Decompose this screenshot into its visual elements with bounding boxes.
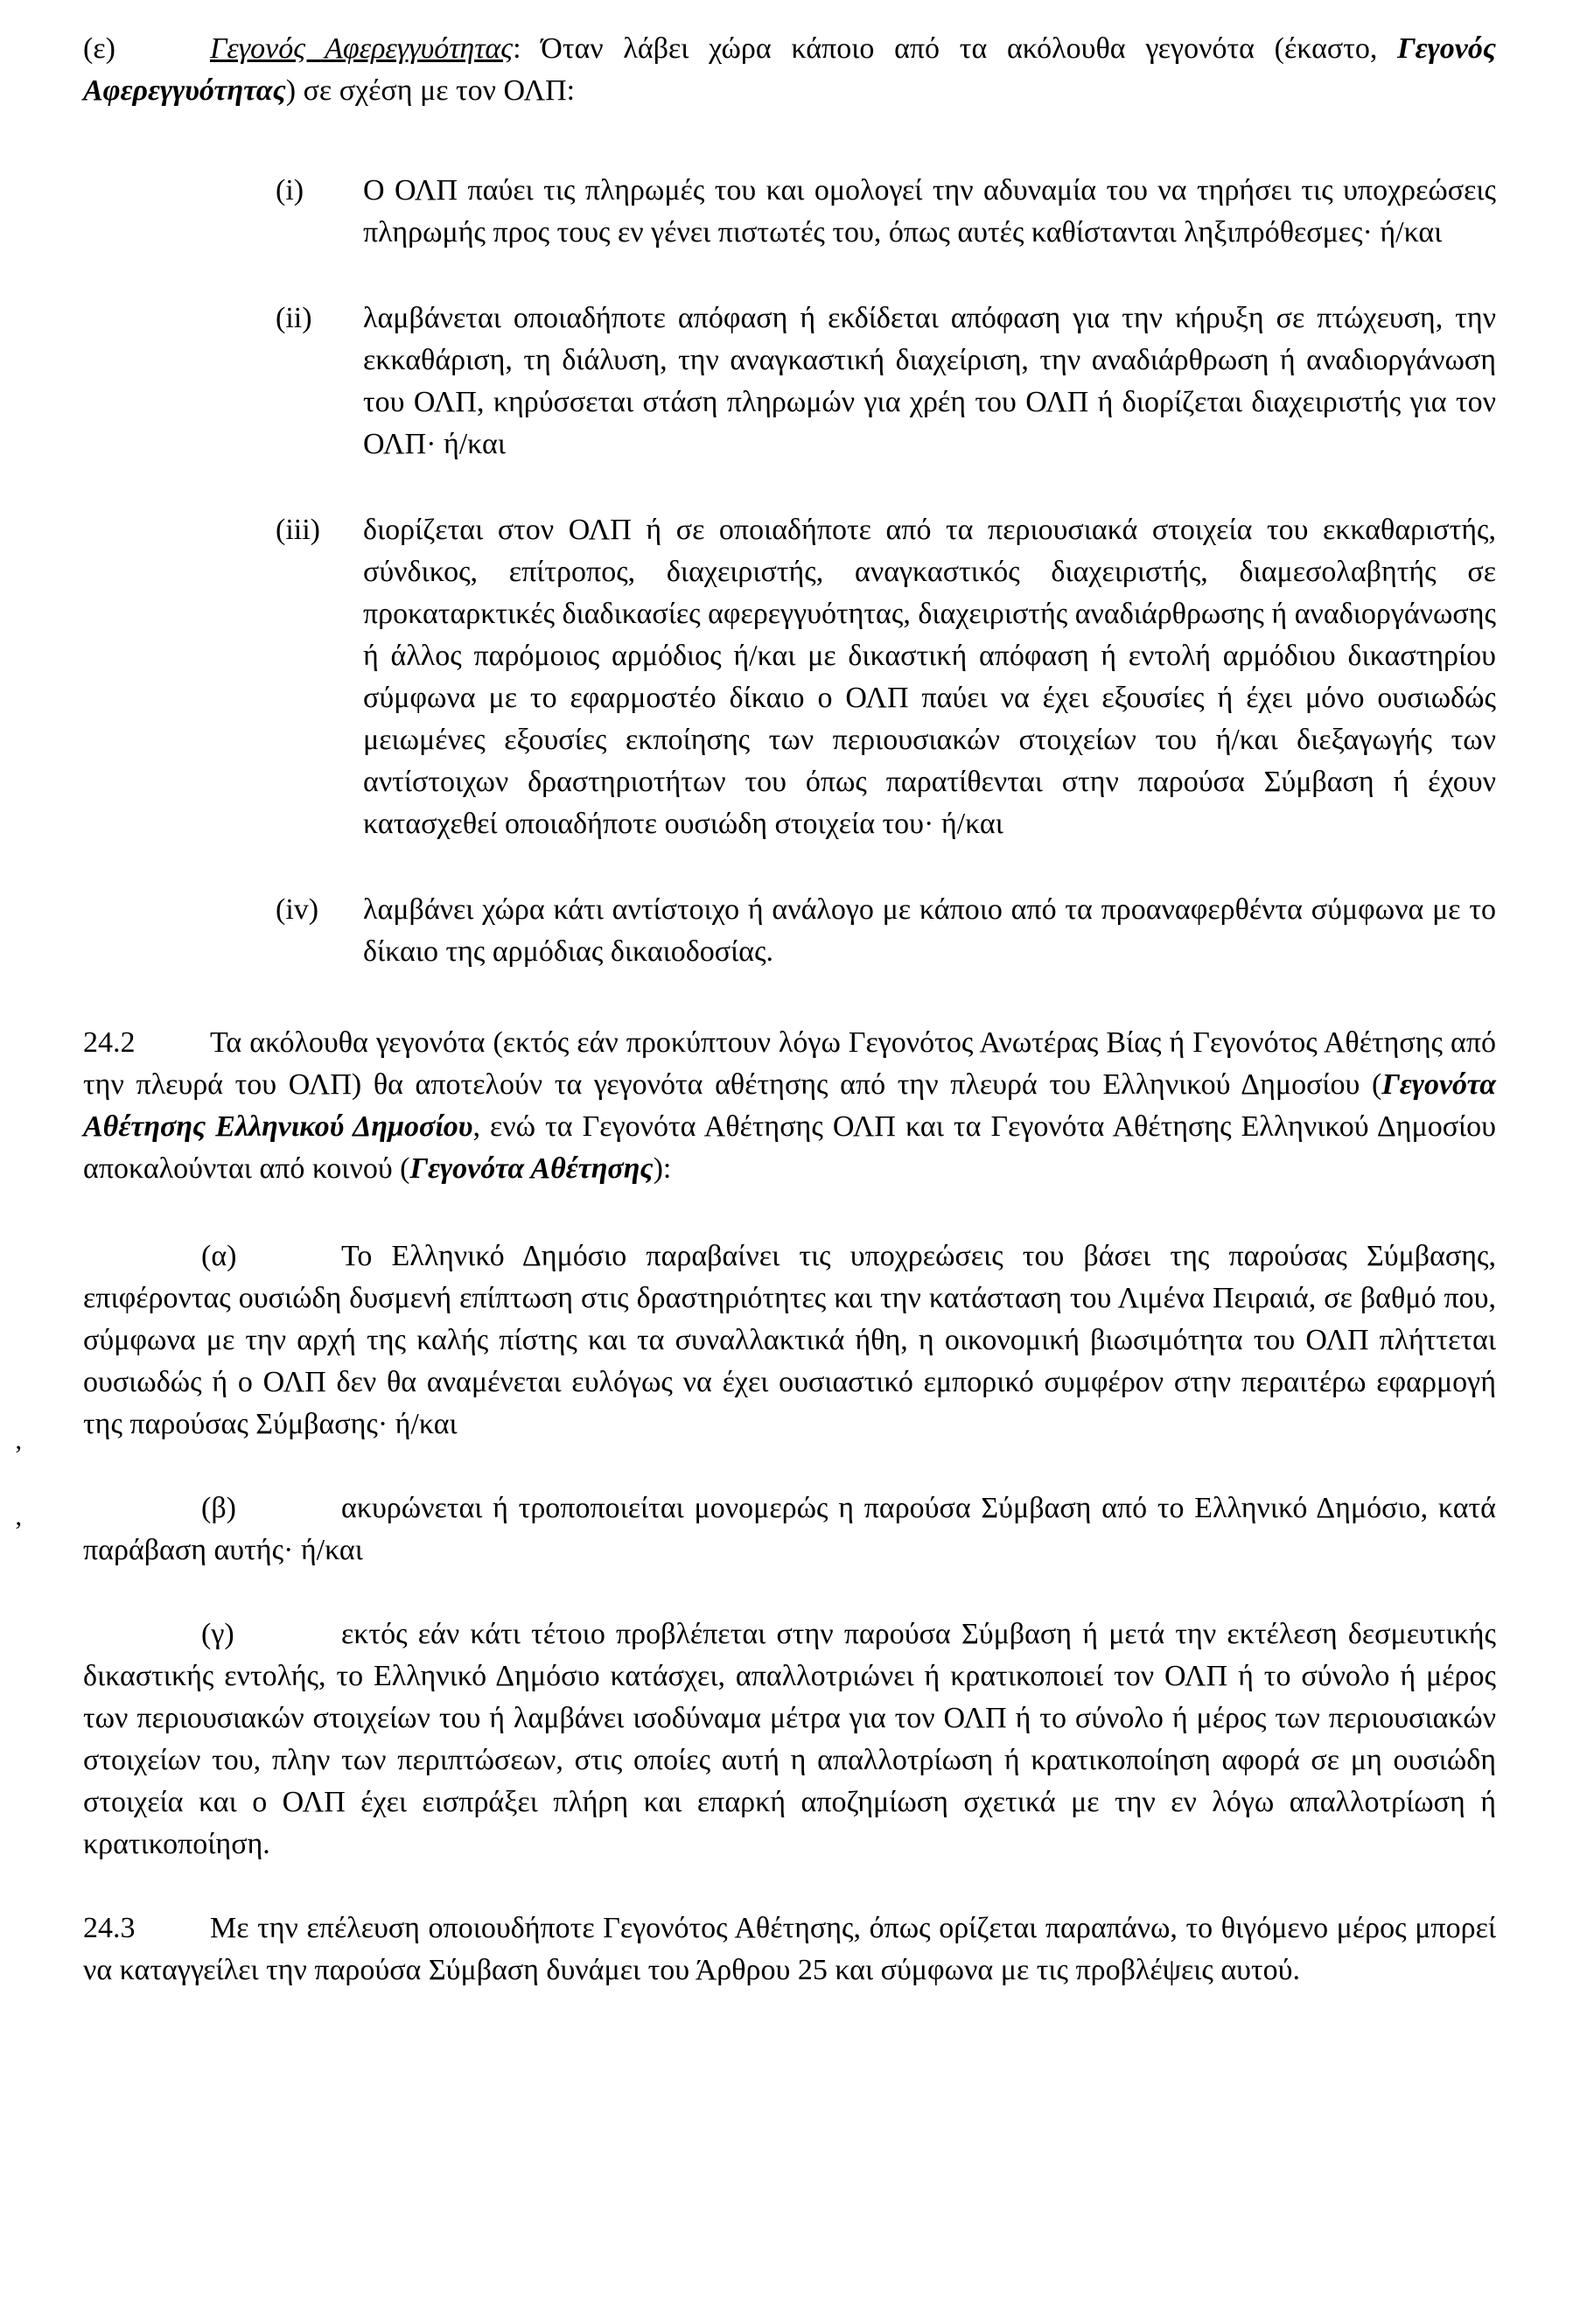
item-iv-label: (iv) (276, 889, 318, 931)
section-24-3-paragraph: 24.3Με την επέλευση οποιουδήποτε Γεγονότ… (83, 1907, 1496, 1991)
item-iii-text: διορίζεται στον ΟΛΠ ή σε οποιαδήποτε από… (363, 514, 1496, 840)
clause-e-heading: Γεγονός Αφερεγγυότητας (210, 32, 513, 65)
default-event-item-alpha: (α)Το Ελληνικό Δημόσιο παραβαίνει τις υπ… (83, 1235, 1496, 1445)
item-i-text: Ο ΟΛΠ παύει τις πληρωμές του και ομολογε… (363, 174, 1496, 248)
item-alpha-label: (α) (201, 1235, 341, 1277)
insolvency-item-iv: (iv)λαμβάνει χώρα κάτι αντίστοιχο ή ανάλ… (363, 889, 1496, 973)
item-gamma-label: (γ) (201, 1613, 341, 1655)
insolvency-item-ii: (ii)λαμβάνεται οποιαδήποτε απόφαση ή εκδ… (363, 297, 1496, 465)
clause-e-paragraph: (ε)Γεγονός Αφερεγγυότητας: Όταν λάβει χώ… (83, 28, 1496, 112)
section-24-3-text: Με την επέλευση οποιουδήποτε Γεγονότος Α… (83, 1912, 1496, 1986)
item-i-label: (i) (276, 170, 304, 212)
margin-stray-mark: ’ (14, 1518, 23, 1544)
item-iv-text: λαμβάνει χώρα κάτι αντίστοιχο ή ανάλογο … (363, 893, 1496, 968)
section-24-2-term-2: Γεγονότα Αθέτησης (410, 1152, 654, 1185)
item-iii-label: (iii) (276, 509, 320, 551)
contract-text-block: (ε)Γεγονός Αφερεγγυότητας: Όταν λάβει χώ… (83, 28, 1496, 2037)
clause-e-intro-tail: ) σε σχέση με τον ΟΛΠ: (286, 74, 575, 107)
section-24-2-text-3: ): (654, 1152, 672, 1185)
insolvency-item-i: (i)Ο ΟΛΠ παύει τις πληρωμές του και ομολ… (363, 170, 1496, 254)
default-event-item-gamma: (γ)εκτός εάν κάτι τέτοιο προβλέπεται στη… (83, 1613, 1496, 1865)
section-24-3-number: 24.3 (83, 1907, 210, 1949)
default-event-item-beta: (β)ακυρώνεται ή τροποποιείται μονομερώς … (83, 1487, 1496, 1571)
document-page: { "colors": { "page_background": "#fffff… (0, 0, 1580, 2324)
section-24-2-text-1: Τα ακόλουθα γεγονότα (εκτός εάν προκύπτο… (83, 1026, 1496, 1101)
item-ii-label: (ii) (276, 297, 312, 339)
margin-stray-mark: ’ (14, 1442, 23, 1468)
clause-e-intro-text: Όταν λάβει χώρα κάποιο από τα ακόλουθα γ… (541, 32, 1397, 65)
insolvency-item-iii: (iii)διορίζεται στον ΟΛΠ ή σε οποιαδήποτ… (363, 509, 1496, 845)
section-24-2-paragraph: 24.2Τα ακόλουθα γεγονότα (εκτός εάν προκ… (83, 1022, 1496, 1190)
item-beta-label: (β) (201, 1487, 341, 1529)
clause-e-label: (ε) (83, 28, 210, 70)
clause-e-heading-separator: : (513, 32, 541, 65)
item-ii-text: λαμβάνεται οποιαδήποτε απόφαση ή εκδίδετ… (363, 302, 1496, 460)
section-24-2-number: 24.2 (83, 1022, 210, 1064)
